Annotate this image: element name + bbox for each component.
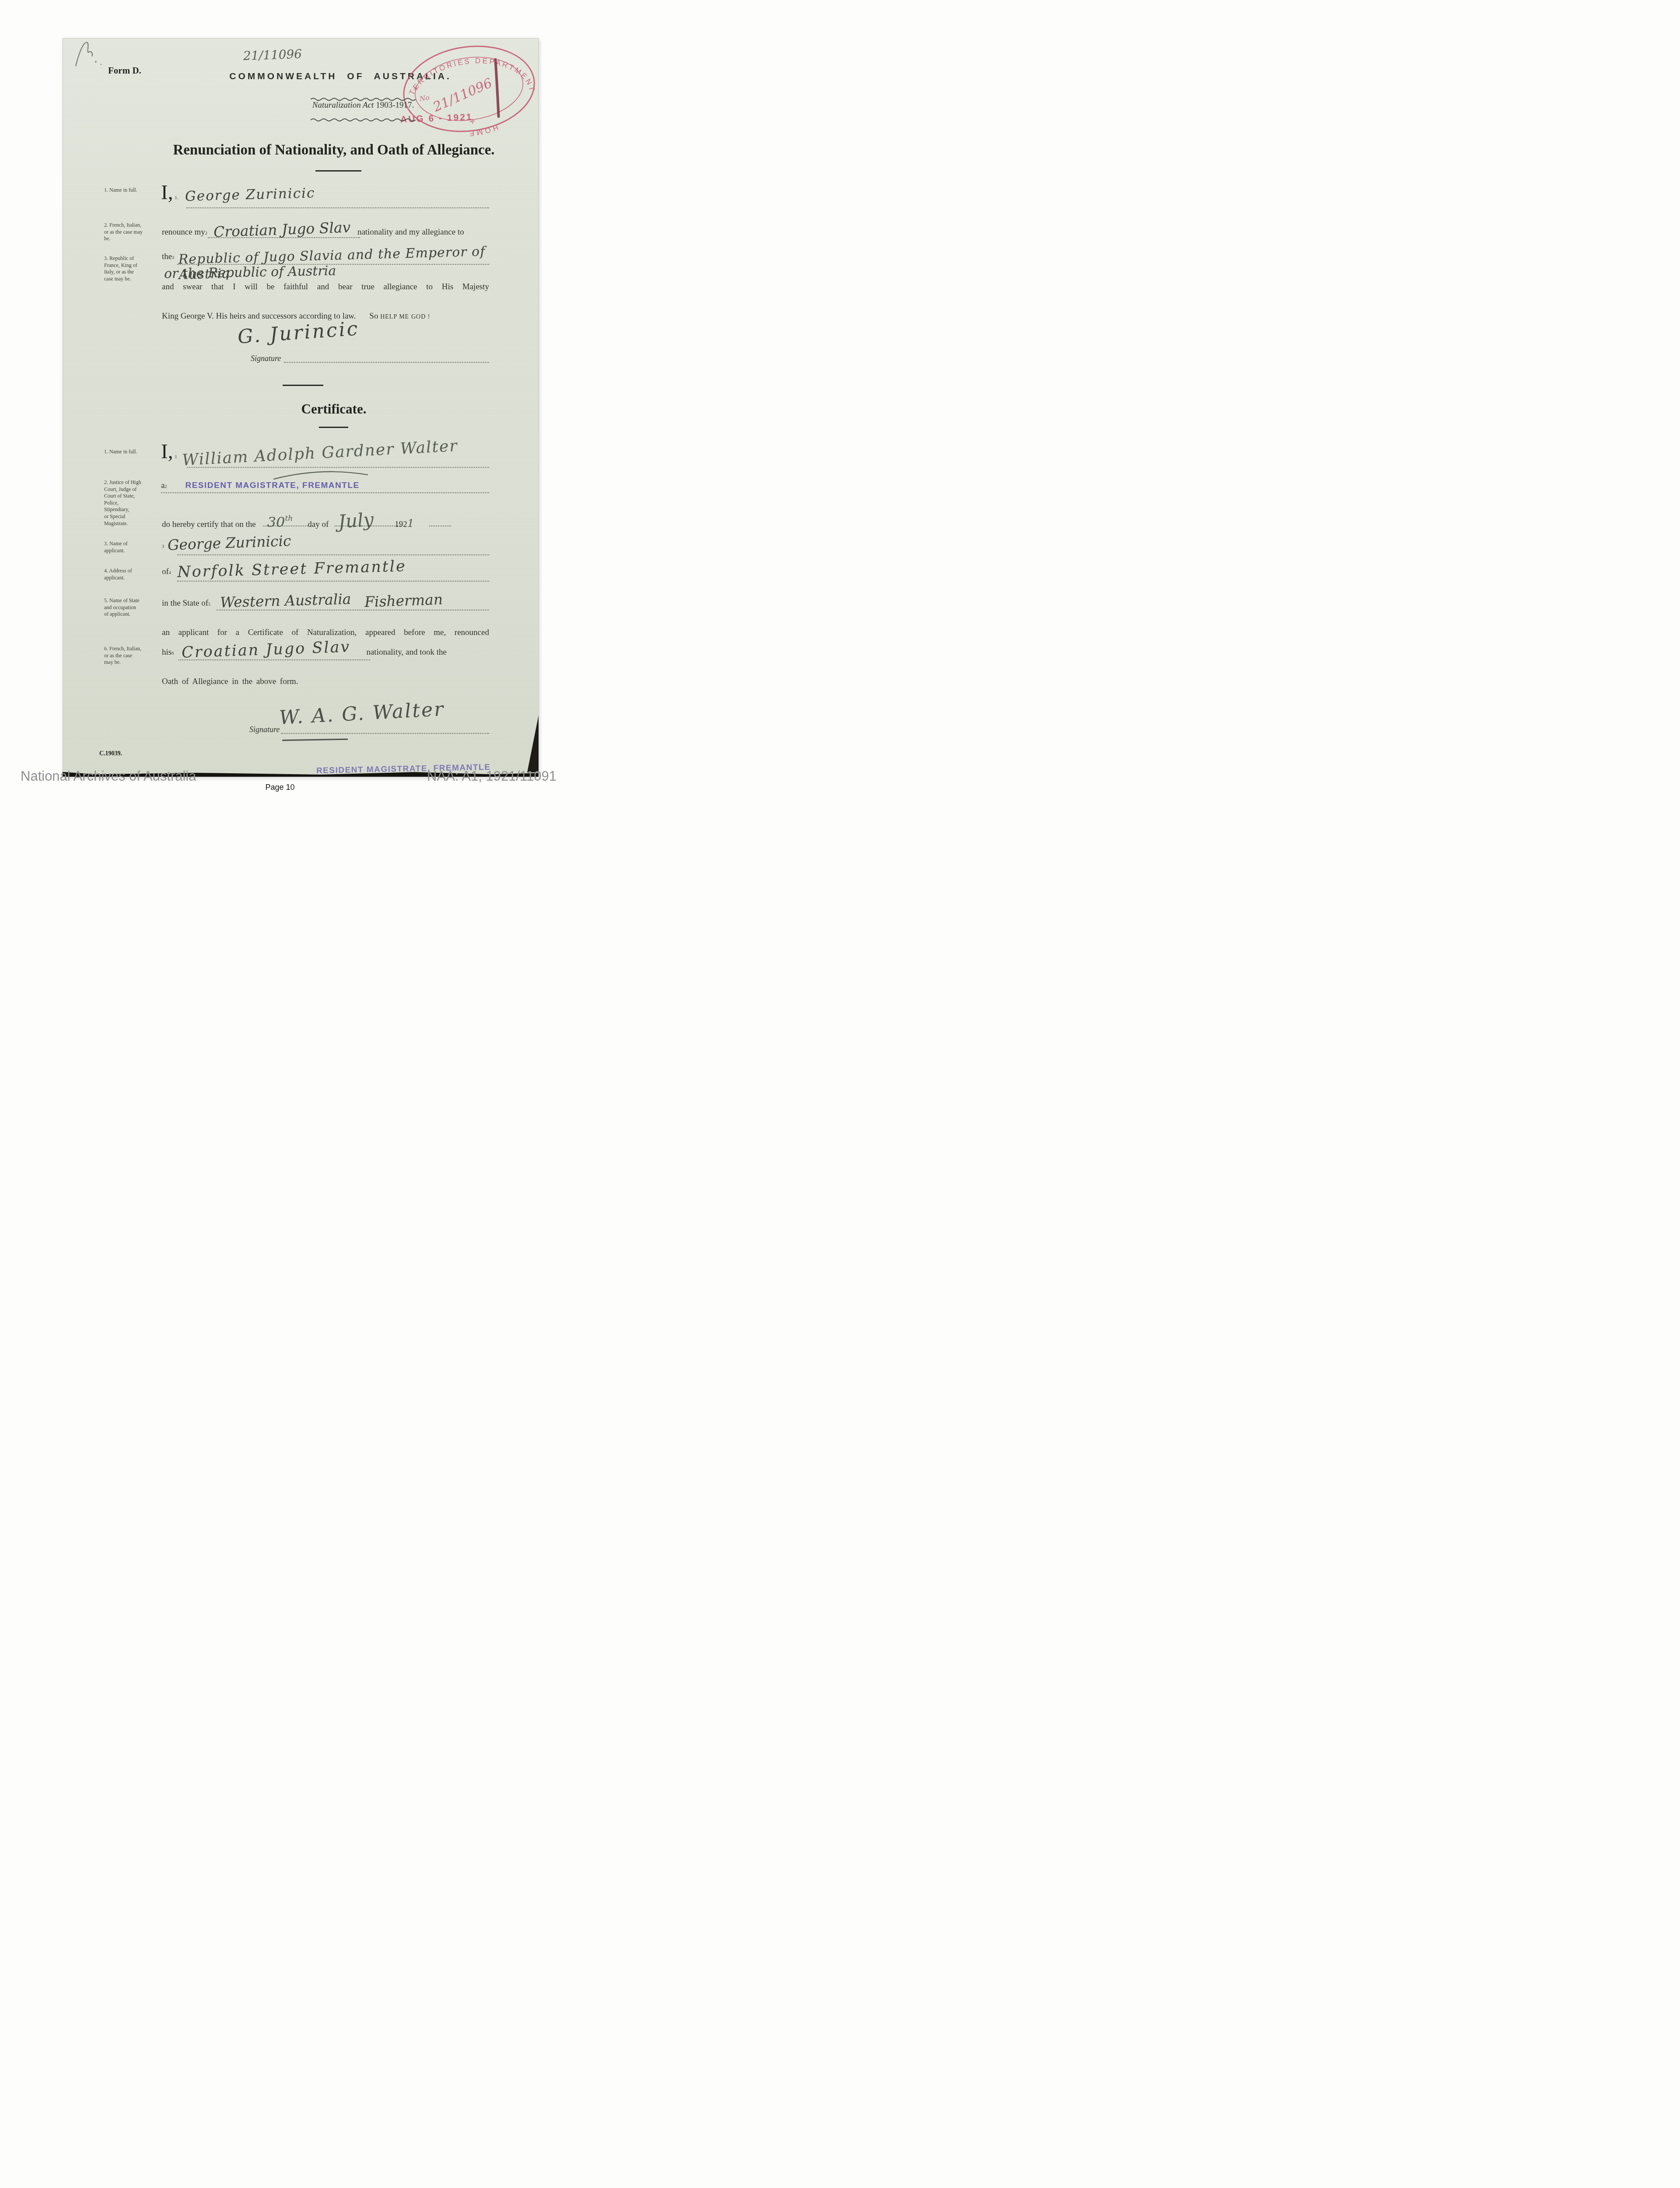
cert-applicant-value: George Zurinicic [167, 532, 291, 554]
cert-name-value: William Adolph Gardner Walter [182, 437, 458, 470]
oath-sup3: 3 [172, 256, 174, 260]
god-text: GOD ! [411, 314, 430, 320]
cert-item3-label: 3. Name of applicant. [104, 540, 156, 554]
signature-underline-flourish [282, 739, 348, 741]
the-text: the [162, 252, 172, 262]
sovereign-value-line2: or the Republic of Austria [164, 263, 336, 282]
cert-state-value: Western Australia [220, 590, 351, 611]
oath-pronoun: I, [161, 182, 173, 203]
page-corner-shadow [527, 715, 539, 772]
cert-sup5: 5 [208, 602, 210, 607]
dotted-line [263, 526, 311, 526]
oath-renounce-line: renounce my 2 Croatian Jugo Slav nationa… [162, 221, 464, 238]
cert-after-nationality: nationality, and took the [366, 648, 446, 657]
dotted-line [177, 581, 489, 582]
dotted-line [187, 467, 489, 468]
dotted-line [284, 362, 489, 363]
oath-form-line: Oath of Allegiance in the above form. [162, 677, 298, 687]
cert-sup1: 1 [175, 455, 177, 459]
dotted-line [178, 659, 370, 660]
cert-item5-label: 5. Name of State and occupation of appli… [104, 597, 156, 618]
dotted-line [217, 610, 489, 610]
cert-nationality-line: his 6 Croatian Jugo Slav nationality, an… [162, 641, 447, 659]
cert-sup4: 4 [169, 571, 171, 575]
cert-item2-label: 2. Justice of High Court, Judge of Court… [104, 479, 156, 527]
pen-squiggle-icon [70, 39, 114, 70]
oath-item3-label: 3. Republic of France, King of Italy, or… [104, 255, 156, 282]
form-label: Form D. [108, 65, 141, 76]
month-value: July [338, 508, 374, 533]
dotted-line [429, 526, 451, 526]
his-text: his [162, 648, 171, 657]
section-divider-rule [283, 385, 323, 386]
of-text: of [162, 567, 169, 577]
oath-item1-label: 1. Name in full. [104, 187, 156, 194]
magistrate-office-stamp: RESIDENT MAGISTRATE, FREMANTLE [185, 481, 359, 491]
act-years: 1903-1917. [376, 101, 414, 110]
act-name: Naturalization Act [312, 101, 374, 110]
cert-signature-handwritten: W. A. G. Walter [279, 698, 445, 729]
cert-applicant-line: 3 George Zurinicic [162, 534, 291, 551]
page-number-label: Page 10 [0, 783, 560, 792]
department-oval-stamp: TERRITORIES DEPARTMENT HOME No ✳ ✛ 21/11… [390, 38, 539, 146]
state-text: in the State of [162, 599, 208, 608]
dotted-line [281, 733, 489, 734]
oath-sup2: 2 [205, 231, 207, 236]
oath-signature-handwritten: G. Jurincic [237, 317, 360, 348]
document-title: Renunciation of Nationality, and Oath of… [115, 142, 539, 158]
wavy-rule-bottom [310, 117, 417, 122]
year-value: 1 [407, 517, 414, 529]
cert-state-line: in the State of 5 Western Australia Fish… [162, 592, 443, 609]
print-code: C.19039. [99, 750, 122, 757]
day-of-text: day of [308, 520, 329, 529]
oath-item2-label: 2. French, Italian, or as the case may b… [104, 222, 156, 242]
certify-text: do hereby certify that on the [162, 520, 256, 529]
year-printed: 192 [395, 520, 407, 529]
scanned-document-page: 21/11096 Form D. COMMONWEALTH OF AUSTRAL… [63, 38, 539, 777]
cert-signature-label: Signature [249, 725, 280, 734]
applicant-for-certificate-line: an applicant for a Certificate of Natura… [162, 628, 489, 638]
help-text: HELP ME [380, 314, 409, 320]
a-text: a [161, 481, 164, 491]
cert-pronoun: I, [161, 442, 173, 462]
dotted-line [208, 237, 360, 238]
cert-office-line: a 2 RESIDENT MAGISTRATE, FREMANTLE [161, 481, 360, 491]
day-value: 30 [267, 514, 285, 530]
day-suffix: th [285, 514, 293, 523]
cert-nationality-value: Croatian Jugo Slav [182, 638, 351, 661]
oath-signature-label: Signature [251, 354, 281, 363]
archive-reference-overlay: NAA: A1, 1921/11091 [427, 768, 556, 784]
dotted-line [186, 207, 489, 208]
renounce-text: renounce my [162, 228, 205, 237]
oath-name-value: George Zurinicic [185, 185, 315, 204]
cert-item6-label: 6. French, Italian, or as the case may b… [104, 645, 156, 666]
title-rule [315, 170, 361, 172]
cert-name-line: I, 1 William Adolph Gardner Walter [161, 442, 458, 462]
stamp-star-icon: ✳ [413, 85, 418, 92]
dotted-line [161, 492, 489, 493]
certify-line: do hereby certify that on the 30 th day … [162, 510, 414, 531]
cert-sup3: 3 [162, 544, 164, 549]
cert-sup6: 6 [171, 651, 174, 656]
oath-sup1: 1. [175, 196, 178, 200]
oath-name-line: I, 1. George Zurinicic [161, 182, 315, 203]
after-nationality-text: nationality and my allegiance to [357, 228, 464, 237]
cert-item4-label: 4. Address of applicant. [104, 568, 156, 581]
cert-occupation-value: Fisherman [364, 591, 443, 610]
dotted-line [177, 554, 489, 555]
so-text: So [369, 312, 378, 321]
dotted-line [335, 526, 401, 526]
file-number: 21/11096 [243, 47, 302, 63]
certificate-heading: Certificate. [159, 401, 509, 417]
cert-item1-label: 1. Name in full. [104, 449, 156, 456]
cert-sup2: 2 [164, 484, 167, 489]
act-line: Naturalization Act 1903-1917. [273, 101, 454, 110]
archive-name-overlay: National Archives of Australia [21, 768, 196, 784]
cert-address-value: Norfolk Street Fremantle [177, 558, 406, 581]
swear-line: and swear that I will be faithful and be… [162, 282, 489, 292]
cert-address-line: of 4 Norfolk Street Fremantle [162, 561, 406, 578]
certificate-rule [319, 427, 348, 428]
